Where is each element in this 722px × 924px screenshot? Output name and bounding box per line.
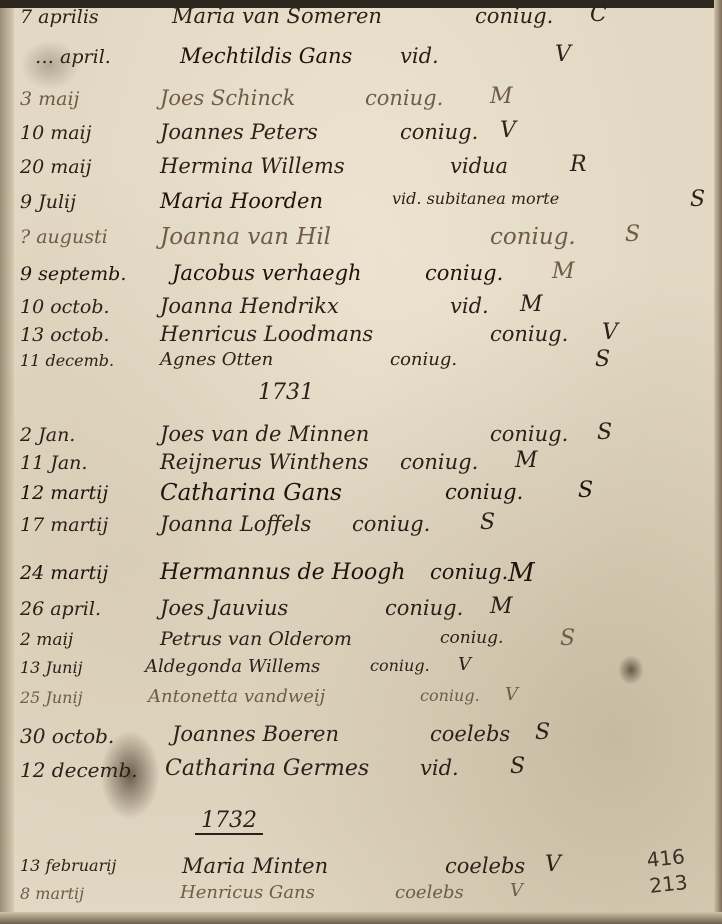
entry-mark: S	[690, 187, 705, 212]
entry-row: 12 martij Catharina Gans coniug. S	[0, 476, 722, 510]
entry-status: coniug.	[352, 512, 430, 536]
entry-status: coniug.	[370, 656, 430, 675]
entry-row: 9 septemb. Jacobus verhaegh coniug. M	[0, 257, 722, 291]
entry-date: 13 octob.	[20, 324, 110, 346]
entry-status: coniug.	[490, 422, 568, 446]
entry-status: coniug.	[445, 480, 523, 504]
entry-date: 7 aprilis	[20, 6, 99, 28]
entry-date: ? augusti	[20, 226, 108, 248]
entry-status: coniug.	[400, 120, 478, 144]
register-page: 7 aprilis Maria van Someren coniug. C … …	[0, 0, 722, 924]
entry-row: 7 aprilis Maria van Someren coniug. C	[0, 0, 722, 34]
entry-name: Aldegonda Willems	[145, 656, 320, 677]
entry-row: ? augusti Joanna van Hil coniug. S	[0, 220, 722, 254]
entry-mark: S	[625, 222, 640, 247]
entry-name: Petrus van Olderom	[160, 628, 352, 650]
entry-mark: S	[560, 626, 575, 651]
entry-status: coniug.	[430, 560, 508, 584]
entry-name: Reijnerus Winthens	[160, 450, 369, 474]
entry-mark: V	[510, 880, 523, 901]
entry-name: Joanna Loffels	[160, 512, 311, 536]
entry-status: coniug.	[490, 224, 576, 250]
entry-row: 13 Junij Aldegonda Willems coniug. V	[0, 652, 722, 686]
year-heading-1732: 1732	[195, 808, 263, 833]
entry-name: Joes van de Minnen	[160, 422, 369, 446]
entry-mark: S	[578, 478, 593, 503]
entry-name: Maria Hoorden	[160, 189, 323, 213]
entry-name: Maria Minten	[182, 854, 328, 878]
entry-mark: C	[590, 2, 607, 27]
entry-mark: S	[480, 510, 495, 535]
year-1732-text: 1732	[195, 808, 263, 835]
entry-mark: M	[490, 594, 513, 619]
folio-number: 416 213	[645, 843, 688, 899]
entry-status: coniug.	[400, 450, 478, 474]
entry-row: 25 Junij Antonetta vandweij coniug. V	[0, 682, 722, 716]
page-edge-bottom	[0, 912, 722, 924]
entry-row: … april. Mechtildis Gans vid. V	[0, 40, 722, 74]
entry-mark: V	[545, 852, 561, 877]
entry-name: Joes Schinck	[160, 86, 295, 110]
entry-date: 11 Jan.	[20, 452, 87, 474]
entry-status: coniug.	[385, 596, 463, 620]
entry-row: 11 Jan. Reijnerus Winthens coniug. M	[0, 446, 722, 480]
entry-name: Hermina Willems	[160, 154, 345, 178]
entry-date: 25 Junij	[20, 688, 83, 707]
entry-date: 10 maij	[20, 122, 92, 144]
entry-date: 11 decemb.	[20, 351, 114, 370]
entry-date: 2 Jan.	[20, 424, 75, 446]
entry-row: 10 maij Joannes Peters coniug. V	[0, 116, 722, 150]
entry-name: Hermannus de Hoogh	[160, 560, 406, 585]
entry-status: coelebs	[445, 854, 525, 878]
entry-name: Catharina Germes	[165, 756, 369, 781]
entry-name: Antonetta vandweij	[148, 686, 325, 707]
entry-date: 12 decemb.	[20, 758, 138, 782]
entry-date: … april.	[35, 46, 111, 68]
entry-date: 3 maij	[20, 88, 79, 110]
entry-mark: M	[515, 448, 538, 473]
entry-status: vid.	[400, 44, 439, 68]
entry-row: 30 octob. Joannes Boeren coelebs S	[0, 718, 722, 752]
entry-date: 2 maij	[20, 630, 73, 650]
entry-name: Joanna Hendrikx	[160, 294, 339, 318]
entry-status: coniug.	[440, 628, 503, 648]
folio-line-2: 213	[648, 869, 689, 899]
entry-name: Maria van Someren	[172, 4, 382, 28]
entry-date: 10 octob.	[20, 296, 110, 318]
entry-status: coelebs	[395, 882, 464, 903]
entry-row: 8 martij Henricus Gans coelebs V	[0, 878, 722, 912]
entry-status: coniug.	[425, 261, 503, 285]
entry-name: Catharina Gans	[160, 480, 342, 506]
entry-status: coniug.	[475, 4, 553, 28]
entry-mark: S	[510, 754, 525, 779]
entry-status: vidua	[450, 154, 508, 178]
entry-row: 20 maij Hermina Willems vidua R	[0, 150, 722, 184]
entry-row: 3 maij Joes Schinck coniug. M	[0, 82, 722, 116]
entry-name: Agnes Otten	[160, 349, 273, 370]
entry-mark: M	[508, 558, 535, 588]
entry-mark: M	[552, 259, 575, 284]
entry-row: 12 decemb. Catharina Germes vid. S	[0, 752, 722, 786]
entry-row: 9 Julij Maria Hoorden vid. subitanea mor…	[0, 185, 722, 219]
folio-line-1: 416	[645, 843, 686, 873]
entry-mark: V	[602, 320, 618, 345]
entry-name: Joannes Boeren	[172, 722, 339, 746]
entry-status: coniug.	[365, 86, 443, 110]
entry-row: 11 decemb. Agnes Otten coniug. S	[0, 345, 722, 379]
entry-date: 9 septemb.	[20, 263, 126, 285]
entry-name: Joannes Peters	[160, 120, 318, 144]
entry-mark: R	[570, 152, 587, 177]
entry-date: 13 februarij	[20, 856, 116, 875]
entry-mark: S	[535, 720, 550, 745]
entry-status: coniug.	[420, 686, 480, 705]
entry-date: 9 Julij	[20, 191, 76, 213]
entry-status: coelebs	[430, 722, 510, 746]
year-heading-1731: 1731	[258, 380, 314, 405]
entry-status: coniug.	[390, 349, 457, 370]
entry-row: 26 april. Joes Jauvius coniug. M	[0, 592, 722, 626]
entry-date: 13 Junij	[20, 658, 83, 677]
entry-mark: V	[505, 684, 518, 705]
entry-mark: M	[520, 292, 543, 317]
entry-name: Henricus Loodmans	[160, 322, 373, 346]
entry-date: 12 martij	[20, 482, 108, 504]
entry-status: vid.	[420, 756, 459, 780]
entry-name: Mechtildis Gans	[180, 44, 352, 68]
entry-name: Joanna van Hil	[160, 224, 331, 250]
entry-name: Henricus Gans	[180, 882, 315, 903]
entry-mark: V	[458, 654, 471, 675]
entry-mark: V	[500, 118, 516, 143]
entry-row: 17 martij Joanna Loffels coniug. S	[0, 508, 722, 542]
entry-status: coniug.	[490, 322, 568, 346]
entry-status: vid. subitanea morte	[392, 189, 559, 208]
entry-name: Jacobus verhaegh	[172, 261, 362, 285]
entry-mark: S	[597, 420, 612, 445]
entry-mark: S	[595, 347, 610, 372]
entry-date: 8 martij	[20, 884, 84, 903]
entry-date: 17 martij	[20, 514, 108, 536]
entry-name: Joes Jauvius	[160, 596, 288, 620]
entry-mark: M	[490, 84, 513, 109]
entry-date: 24 martij	[20, 562, 108, 584]
entry-status: vid.	[450, 294, 489, 318]
entry-row: 24 martij Hermannus de Hoogh coniug. M	[0, 556, 722, 590]
entry-date: 26 april.	[20, 598, 101, 620]
entry-mark: V	[555, 42, 571, 67]
entry-date: 30 octob.	[20, 724, 114, 748]
entry-date: 20 maij	[20, 156, 92, 178]
